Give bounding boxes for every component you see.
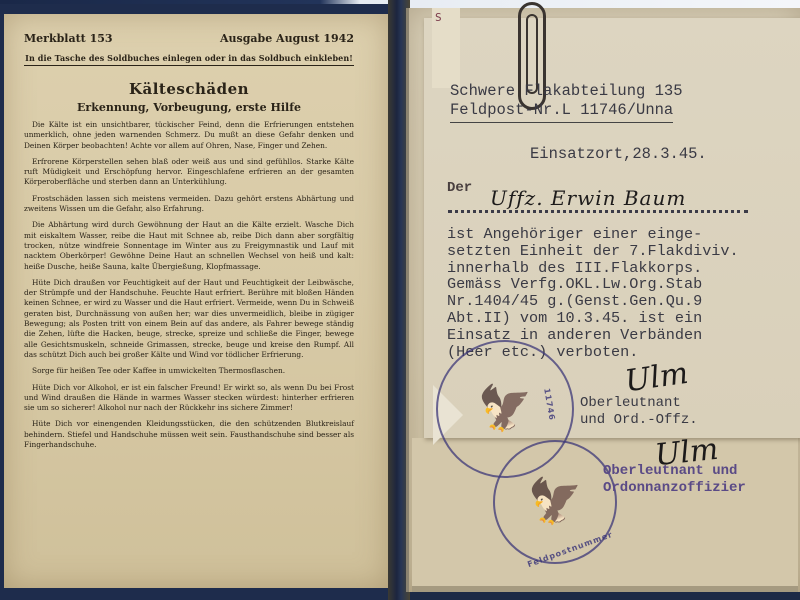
eagle-emblem-icon: 🦅 bbox=[478, 387, 533, 431]
eagle-emblem-icon: 🦅 bbox=[528, 480, 583, 524]
leaflet-title: Kälteschäden bbox=[24, 80, 354, 98]
leaflet-subtitle: Erkennung, Vorbeugung, erste Hilfe bbox=[24, 101, 354, 114]
note-body: ist Angehöriger einer einge- setzten Ein… bbox=[447, 226, 739, 360]
leaflet-edition: Ausgabe August 1942 bbox=[220, 32, 354, 45]
unit-name: Schwere Flakabteilung 135 bbox=[450, 82, 683, 101]
leaflet-number: Merkblatt 153 bbox=[24, 32, 113, 45]
leaflet-paragraph: Sorge für heißen Tee oder Kaffee in umwi… bbox=[24, 366, 354, 376]
leaflet-paragraph: Frostschäden lassen sich meistens vermei… bbox=[24, 194, 354, 215]
handwritten-name: Uffz. Erwin Baum bbox=[490, 186, 686, 210]
leaflet-header: Merkblatt 153 Ausgabe August 1942 bbox=[24, 32, 354, 45]
leaflet-paragraph: Hüte Dich vor einengenden Kleidungsstück… bbox=[24, 419, 354, 450]
official-stamp: 🦅 Feldpostnummer bbox=[493, 440, 617, 564]
leaflet-paragraph: Die Abhärtung wird durch Gewöhnung der H… bbox=[24, 220, 354, 271]
leaflet-paragraph: Erfrorene Körperstellen sehen blaß oder … bbox=[24, 157, 354, 188]
unit-header: Schwere Flakabteilung 135 Feldpost-Nr.L … bbox=[450, 82, 683, 123]
place-date: Einsatzort,28.3.45. bbox=[530, 145, 707, 163]
stamp-text: 11746 bbox=[542, 388, 557, 422]
leaflet-merkblatt: Merkblatt 153 Ausgabe August 1942 In die… bbox=[24, 28, 354, 450]
page-tab: S bbox=[432, 8, 460, 88]
feldpost-number: Feldpost-Nr.L 11746/Unna bbox=[450, 101, 673, 123]
leaflet-instruction: In die Tasche des Soldbuches einlegen od… bbox=[24, 45, 354, 66]
leaflet-paragraph: Hüte Dich draußen vor Feuchtigkeit auf d… bbox=[24, 278, 354, 360]
leaflet-paragraph: Die Kälte ist ein unsichtbarer, tückisch… bbox=[24, 120, 354, 151]
article-der: Der bbox=[447, 180, 472, 196]
dotted-line bbox=[448, 210, 748, 213]
leaflet-paragraph: Hüte Dich vor Alkohol, er ist ein falsch… bbox=[24, 383, 354, 414]
signer-title-stamped: Oberleutnant und Ordonnanzoffizier bbox=[603, 463, 746, 497]
signer-title: Oberleutnant und Ord.-Offz. bbox=[580, 395, 698, 429]
